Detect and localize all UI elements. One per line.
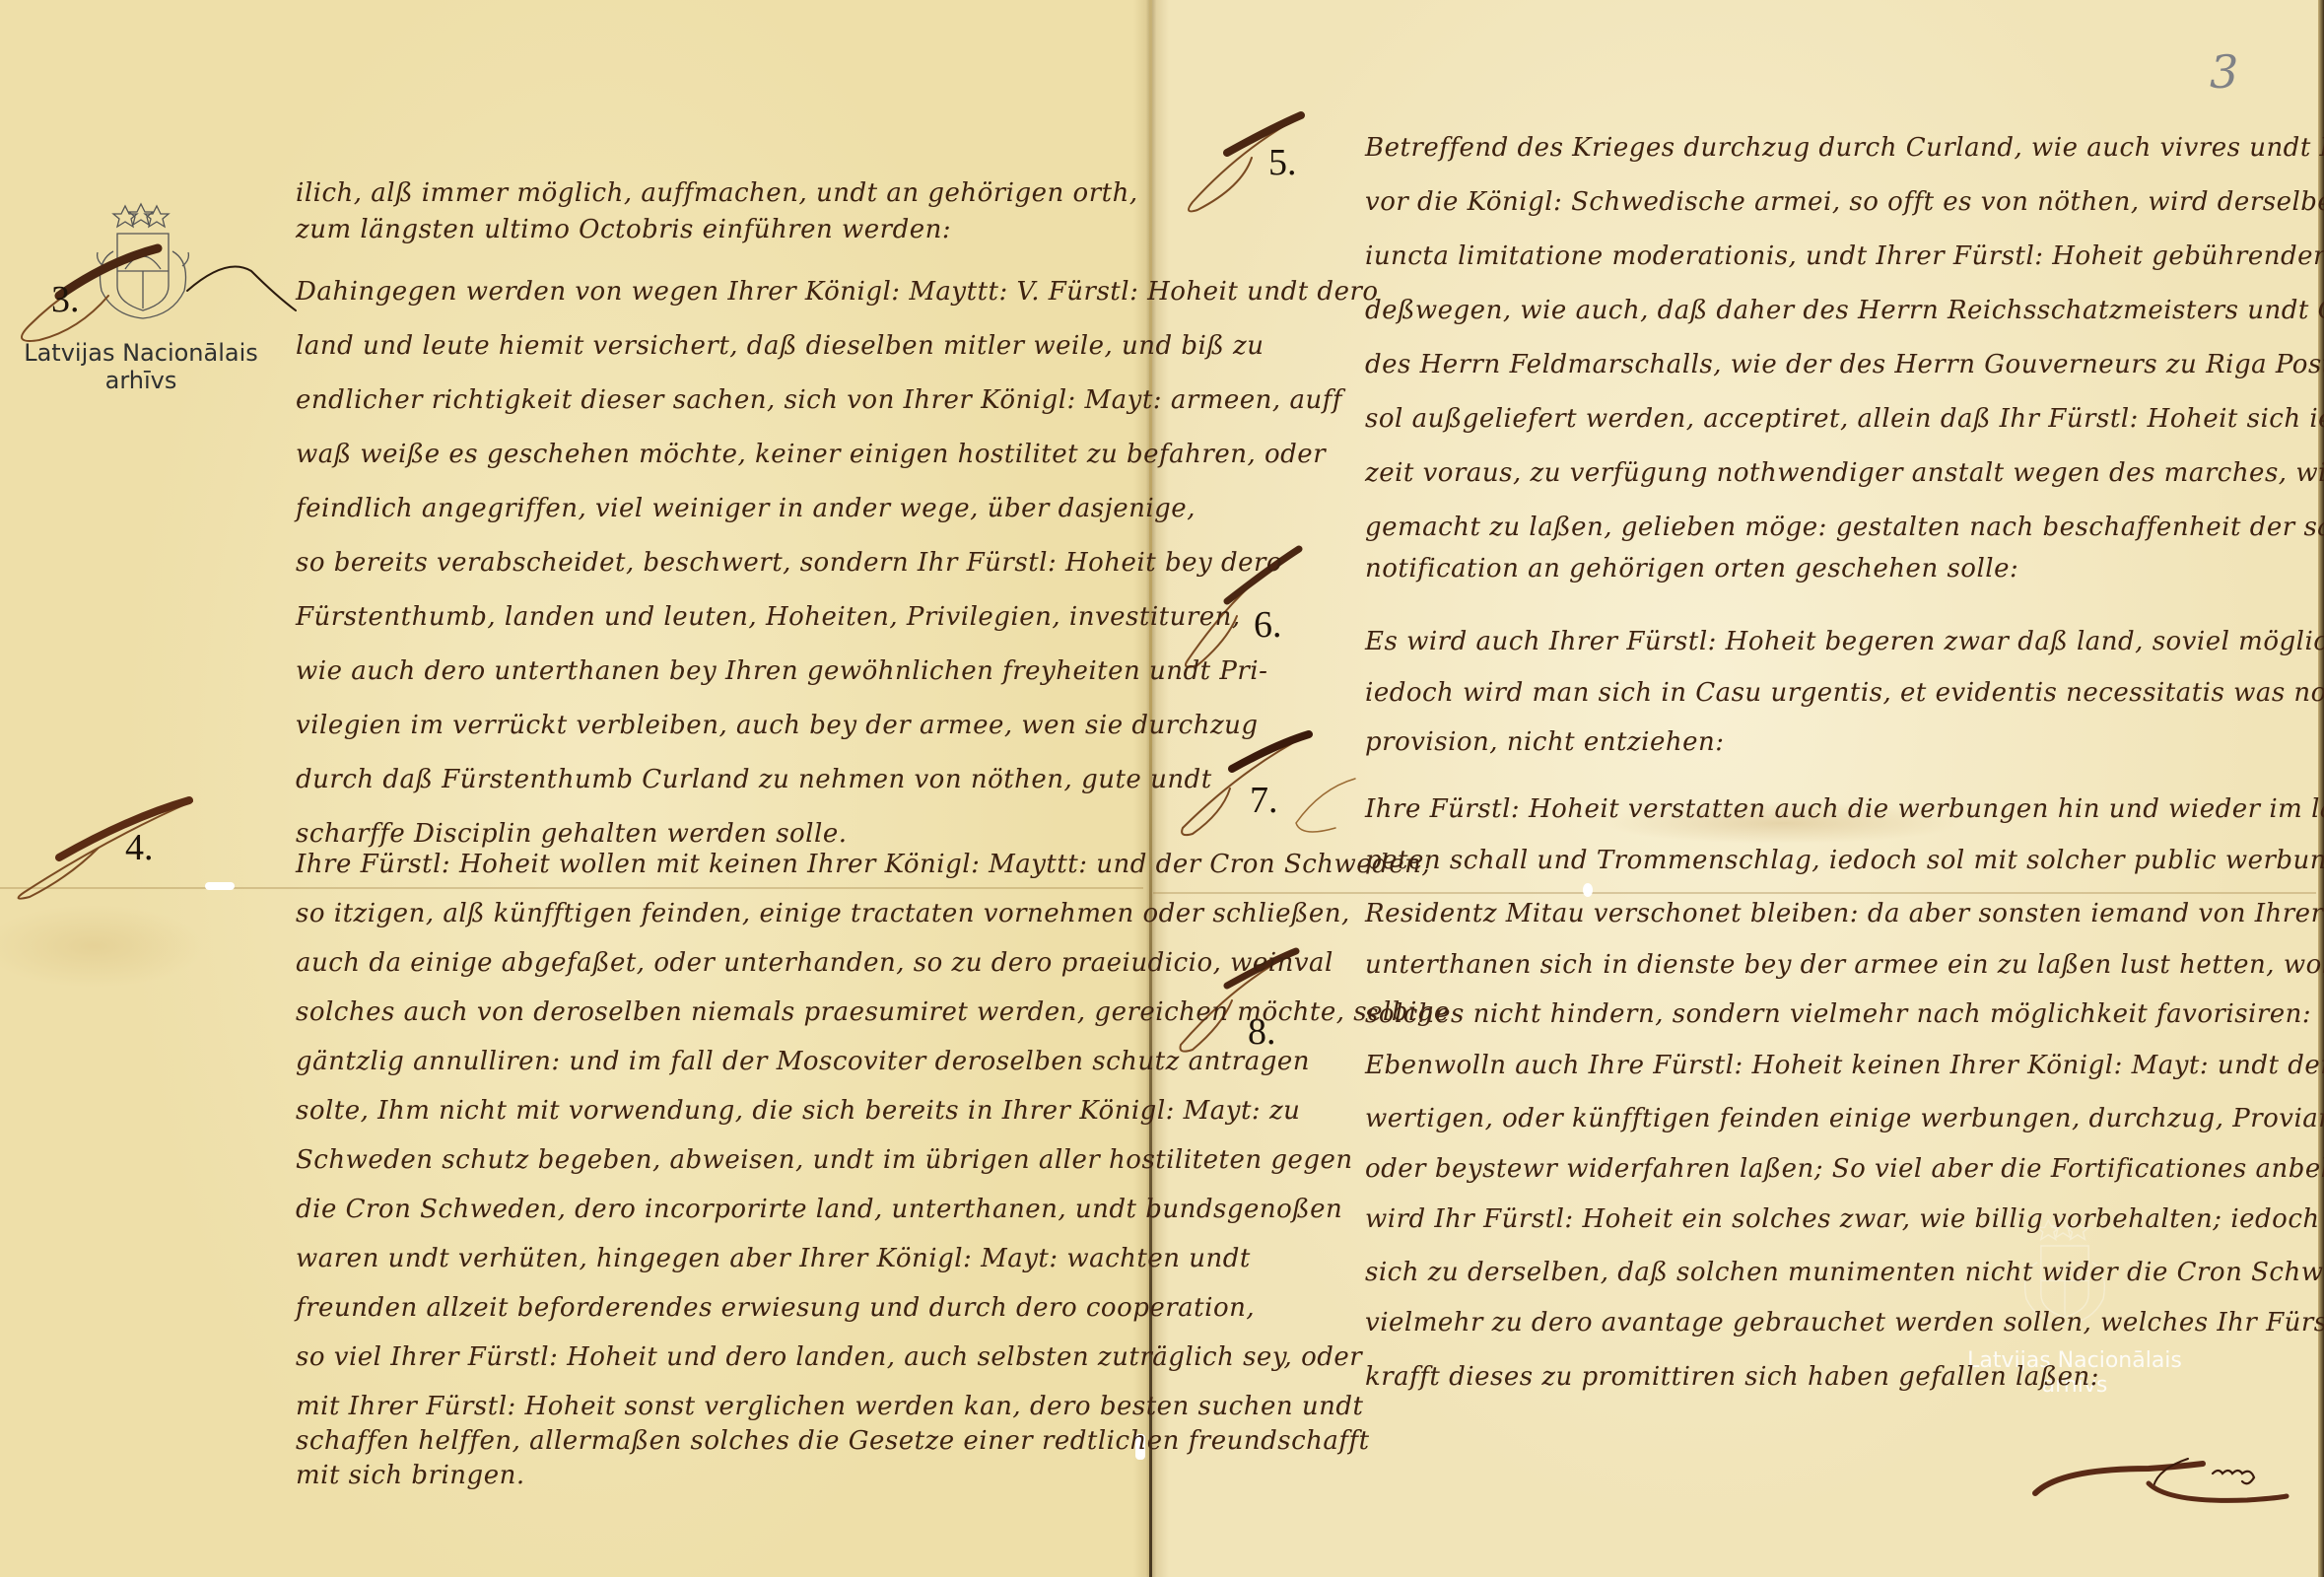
text-line: mit Ihrer Fürstl: Hoheit sonst vergliche…	[296, 1392, 1363, 1421]
text-line: ilich, alß immer möglich, auffmachen, un…	[296, 178, 1138, 208]
text-line: unterthanen sich in dienste bey der arme…	[1365, 950, 2324, 980]
paper-hole	[205, 882, 235, 890]
article-number-5: 5.	[1268, 141, 1297, 184]
text-line: Fürstenthumb, landen und leuten, Hoheite…	[296, 602, 1241, 632]
archive-watermark-top-left: Latvijas Nacionālais arhīvs	[18, 340, 264, 394]
horizontal-crease-right	[1153, 892, 2316, 894]
text-line: wird Ihr Fürstl: Hoheit ein solches zwar…	[1365, 1204, 2324, 1234]
text-line: land und leute hiemit versichert, daß di…	[296, 331, 1264, 361]
latvian-coat-of-arms-icon	[74, 192, 212, 330]
text-line: peten schall und Trommenschlag, iedoch s…	[1365, 846, 2324, 875]
text-line: zeit voraus, zu verfügung nothwendiger a…	[1365, 458, 2324, 488]
signature-flourish	[2020, 1429, 2316, 1528]
text-line: vielmehr zu dero avantage gebrauchet wer…	[1365, 1308, 2324, 1337]
horizontal-crease-left	[0, 887, 1143, 889]
text-line: mit sich bringen.	[296, 1461, 525, 1490]
page-edge-shadow	[2318, 0, 2324, 1577]
article-number-3: 3.	[51, 278, 80, 321]
text-line: krafft dieses zu promittiren sich haben …	[1365, 1362, 2099, 1392]
paper-hole	[1583, 883, 1593, 897]
article-number-7: 7.	[1250, 779, 1278, 822]
text-line: provision, nicht entziehen:	[1365, 727, 1725, 757]
text-line: freunden allzeit beforderendes erwiesung…	[296, 1293, 1255, 1323]
text-line: endlicher richtigkeit dieser sachen, sic…	[296, 385, 1342, 415]
text-line: Residentz Mitau verschonet bleiben: da a…	[1365, 899, 2324, 928]
text-line: auch da einige abgefaßet, oder unterhand…	[296, 948, 1333, 978]
text-line: Ebenwolln auch Ihre Fürstl: Hoheit keine…	[1365, 1051, 2324, 1080]
text-line: zum längsten ultimo Octobris einführen w…	[296, 215, 951, 244]
text-line: solches nicht hindern, sondern vielmehr …	[1365, 999, 2311, 1029]
watermark-line1: Latvijas Nacionālais	[18, 340, 264, 368]
text-line: solte, Ihm nicht mit vorwendung, die sic…	[296, 1096, 1300, 1126]
watermark-line2: arhīvs	[18, 368, 264, 395]
text-line: scharffe Disciplin gehalten werden solle…	[296, 819, 847, 849]
text-line: so bereits verabscheidet, beschwert, son…	[296, 548, 1282, 578]
right-page	[1151, 0, 2324, 1577]
text-line: iuncta limitatione moderationis, undt Ih…	[1365, 241, 2324, 271]
text-line: vilegien im verrückt verbleiben, auch be…	[296, 711, 1259, 740]
text-line: feindlich angegriffen, viel weiniger in …	[296, 494, 1196, 523]
text-line: Ihre Fürstl: Hoheit verstatten auch die …	[1365, 794, 2324, 824]
text-line: notification an gehörigen orten geschehe…	[1365, 554, 2018, 583]
text-line: die Cron Schweden, dero incorporirte lan…	[296, 1195, 1342, 1224]
text-line: vor die Königl: Schwedische armei, so of…	[1365, 187, 2324, 217]
text-line: Es wird auch Ihrer Fürstl: Hoheit begere…	[1365, 627, 2324, 656]
text-line: gäntzlig annulliren: und im fall der Mos…	[296, 1047, 1310, 1076]
text-line: sich zu derselben, daß solchen munimente…	[1365, 1258, 2324, 1287]
text-line: waß weiße es geschehen möchte, keiner ei…	[296, 440, 1326, 469]
text-line: sol außgeliefert werden, acceptiret, all…	[1365, 404, 2324, 434]
text-line: Dahingegen werden von wegen Ihrer Königl…	[296, 277, 1379, 307]
text-line: deßwegen, wie auch, daß daher des Herrn …	[1365, 296, 2324, 325]
text-line: schaffen helffen, allermaßen solches die…	[296, 1426, 1370, 1456]
text-line: waren undt verhüten, hingegen aber Ihrer…	[296, 1244, 1251, 1273]
text-line: Schweden schutz begeben, abweisen, undt …	[296, 1145, 1353, 1175]
text-line: Betreffend des Krieges durchzug durch Cu…	[1365, 133, 2324, 163]
article-number-4: 4.	[125, 826, 154, 869]
text-line: gemacht zu laßen, gelieben möge: gestalt…	[1365, 513, 2324, 542]
text-line: so viel Ihrer Fürstl: Hoheit und dero la…	[296, 1342, 1362, 1372]
folio-number: 3	[2210, 45, 2238, 99]
text-line: solches auch von deroselben niemals prae…	[296, 997, 1450, 1027]
text-line: iedoch wird man sich in Casu urgentis, e…	[1365, 678, 2324, 708]
text-line: Ihre Fürstl: Hoheit wollen mit keinen Ih…	[296, 850, 1430, 879]
text-line: durch daß Fürstenthumb Curland zu nehmen…	[296, 765, 1212, 794]
text-line: so itzigen, alß künfftigen feinden, eini…	[296, 899, 1350, 928]
text-line: oder beystewr widerfahren laßen; So viel…	[1365, 1154, 2324, 1184]
article-number-6: 6.	[1254, 603, 1282, 647]
text-line: des Herrn Feldmarschalls, wie der des He…	[1365, 350, 2324, 379]
text-line: wertigen, oder künfftigen feinden einige…	[1365, 1104, 2324, 1133]
text-line: wie auch dero unterthanen bey Ihren gewö…	[296, 656, 1267, 686]
